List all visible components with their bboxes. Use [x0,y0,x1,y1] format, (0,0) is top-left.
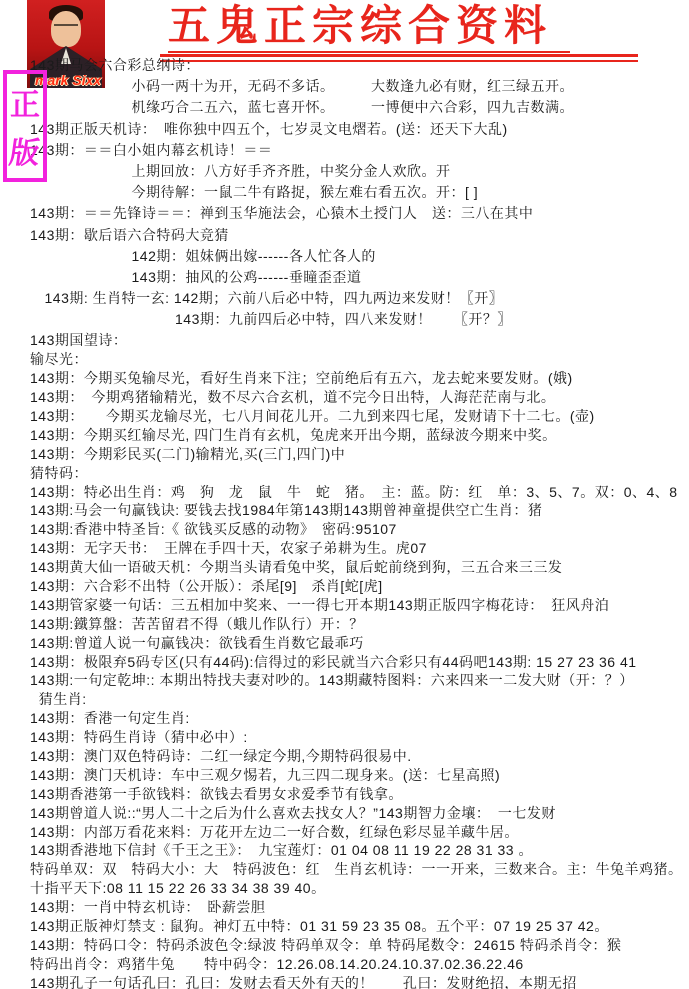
text-line-11: 143期: 生肖特一玄: 142期；六前八后必中特，四九两边来发财！〖开〗 [30,291,685,312]
text-line-24: 143期：无字天书： 王牌在手四十天，农家子弟耕为生。虎07 [30,541,685,560]
text-line-9: 142期：姐妹俩出嫁------各人忙各人的 [30,249,685,270]
text-line-2: 机缘巧合二五六，蓝七喜开怀。 一博便中六合彩，四九吉数满。 [30,100,685,121]
text-line-30: 143期：极限弃5码专区(只有44码):信得过的彩民就当六合彩只有44码吧143… [30,655,685,674]
stamp-char-bottom: 版 [7,128,43,172]
text-line-22: 143期:马会一句赢钱诀: 要钱去找1984年第143期143期曾神童提供空亡生… [30,503,685,522]
text-line-18: 143期：今期买红输尽光, 四门生肖有玄机，兔虎来开出今期，蓝绿波今期来中奖。 [30,428,685,447]
text-line-8: 143期：歇后语六合特码大竞猜 [30,228,685,249]
text-line-31: 143期:一句定乾坤:: 本期出特找夫妻对吵的。143期藏特图料：六来四来一二发… [30,673,685,692]
text-line-3: 143期正版天机诗： 唯你独中四五个，七岁灵文电熠若。(送：还天下大乱) [30,122,685,143]
content-lines: 143期马会六合彩总纲诗： 小码一两十为开，无码不多话。 大数逢九必有财，红三绿… [30,58,685,989]
text-line-47: 143期孔子一句话孔曰：孔曰：发财去看天外有天的！ 孔曰：发财绝招，本期无招 [30,976,685,989]
text-line-46: 特码出肖令：鸡猪牛兔 特中码令：12.26.08.14.20.24.10.37.… [30,957,685,976]
photo-glasses [54,24,78,32]
text-line-33: 143期：香港一句定生肖: [30,711,685,730]
text-line-38: 143期曾道人说::“男人二十之后为什么喜欢去找女人？”143期智力金壤： 一七… [30,806,685,825]
text-line-29: 143期:曾道人说一句赢钱决：欲钱看生肖数它最乖巧 [30,636,685,655]
text-line-25: 143期黄大仙一语破天机：今期当头请看兔中奖，鼠后蛇前绕到狗，三五合来三三发 [30,560,685,579]
text-line-16: 143期： 今期鸡猪输精光，数不尽六合玄机，道不完今日出特，人海茫茫南与北。 [30,390,685,409]
text-line-39: 143期：内部万看花来料：万花开左边二一好合数，红绿色彩尽显羊藏牛居。 [30,825,685,844]
text-line-20: 猜特码： [30,466,685,485]
text-line-13: 143期国望诗： [30,333,685,352]
text-line-35: 143期：澳门双色特码诗：二红一绿定今期,今期特码很易中. [30,749,685,768]
text-line-14: 输尽光： [30,352,685,371]
text-line-37: 143期香港第一手欲钱料：欲钱去看男女求爱季节有钱拿。 [30,787,685,806]
text-line-6: 今期待解：一鼠二牛有路捉，猴左难右看五次。开：[ ] [30,185,685,206]
title-rule-thick [160,54,638,57]
text-line-27: 143期管家婆一句话：三五相加中奖来、一一得七开本期143期正版四字梅花诗： 狂… [30,598,685,617]
text-line-34: 143期：特码生肖诗（猜中必中）: [30,730,685,749]
text-line-1: 小码一两十为开，无码不多话。 大数逢九必有财，红三绿五开。 [30,79,685,100]
text-line-7: 143期：＝＝先锋诗＝＝：禅到玉华施法会，心猿木土授门人 送：三八在其中 [30,206,685,227]
authentic-stamp: 正 版 [3,70,47,182]
text-line-5: 上期回放：八方好手齐齐胜，中奖分金人欢欣。开 [30,164,685,185]
text-line-19: 143期：今期彩民买(二门)输精光,买(三门,四门)中 [30,447,685,466]
text-line-28: 143期:鐵算盤：苦苦留君不得（蛾儿作队行）开：？ [30,617,685,636]
text-line-42: 十指平天下:08 11 15 22 26 33 34 38 39 40。 [30,881,685,900]
text-line-26: 143期：六合彩不出特（公开版）：杀尾[9] 杀肖[蛇[虎] [30,579,685,598]
text-line-45: 143期：特码口令：特码杀波色令:绿波 特码单双令：单 特码尾数令：24615 … [30,938,685,957]
text-line-43: 143期：一肖中特玄机诗： 卧薪尝胆 [30,900,685,919]
text-line-32: 猜生肖: [30,692,685,711]
text-line-41: 特码单双：双 特码大小：大 特码波色：红 生肖玄机诗：一一开来，三数来合。主：牛… [30,862,685,881]
text-line-4: 143期：＝＝白小姐内幕玄机诗！＝＝ [30,143,685,164]
text-line-21: 143期：特必出生肖：鸡 狗 龙 鼠 牛 蛇 猪。 主：蓝。防：红 单：3、5、… [30,485,685,504]
text-line-44: 143期正版神灯禁支 : 鼠狗。神灯五中特：01 31 59 23 35 08。… [30,919,685,938]
stamp-char-top: 正 [10,80,40,124]
text-line-40: 143期香港地下信封《千王之王》： 九宝莲灯：01 04 08 11 19 22… [30,843,685,862]
text-line-12: 143期：九前四后必中特，四八来发财！ 〖开？〗 [30,312,685,333]
text-line-17: 143期： 今期买龙输尽光，七八月间花儿开。二九到来四七尾，发财请下十二七。(壶… [30,409,685,428]
text-line-10: 143期：抽风的公鸡------垂瞳歪歪道 [30,270,685,291]
text-line-36: 143期：澳门天机诗：车中三观夕惕若，九三四二现身来。(送：七星高照) [30,768,685,787]
text-line-0: 143期马会六合彩总纲诗： [30,58,685,79]
page-title-text: 五鬼正宗综合资料 [168,4,570,53]
page: mark Sixx 五鬼正宗综合资料 正 版 143期马会六合彩总纲诗： 小码一… [0,0,689,989]
text-line-15: 143期：今期买兔输尽光，看好生肖来下注；空前绝后有五六，龙去蛇来要发财。(娥) [30,371,685,390]
text-line-23: 143期:香港中特圣旨:《 欲钱买反感的动物》 密码:95107 [30,522,685,541]
page-title: 五鬼正宗综合资料 [168,4,570,53]
